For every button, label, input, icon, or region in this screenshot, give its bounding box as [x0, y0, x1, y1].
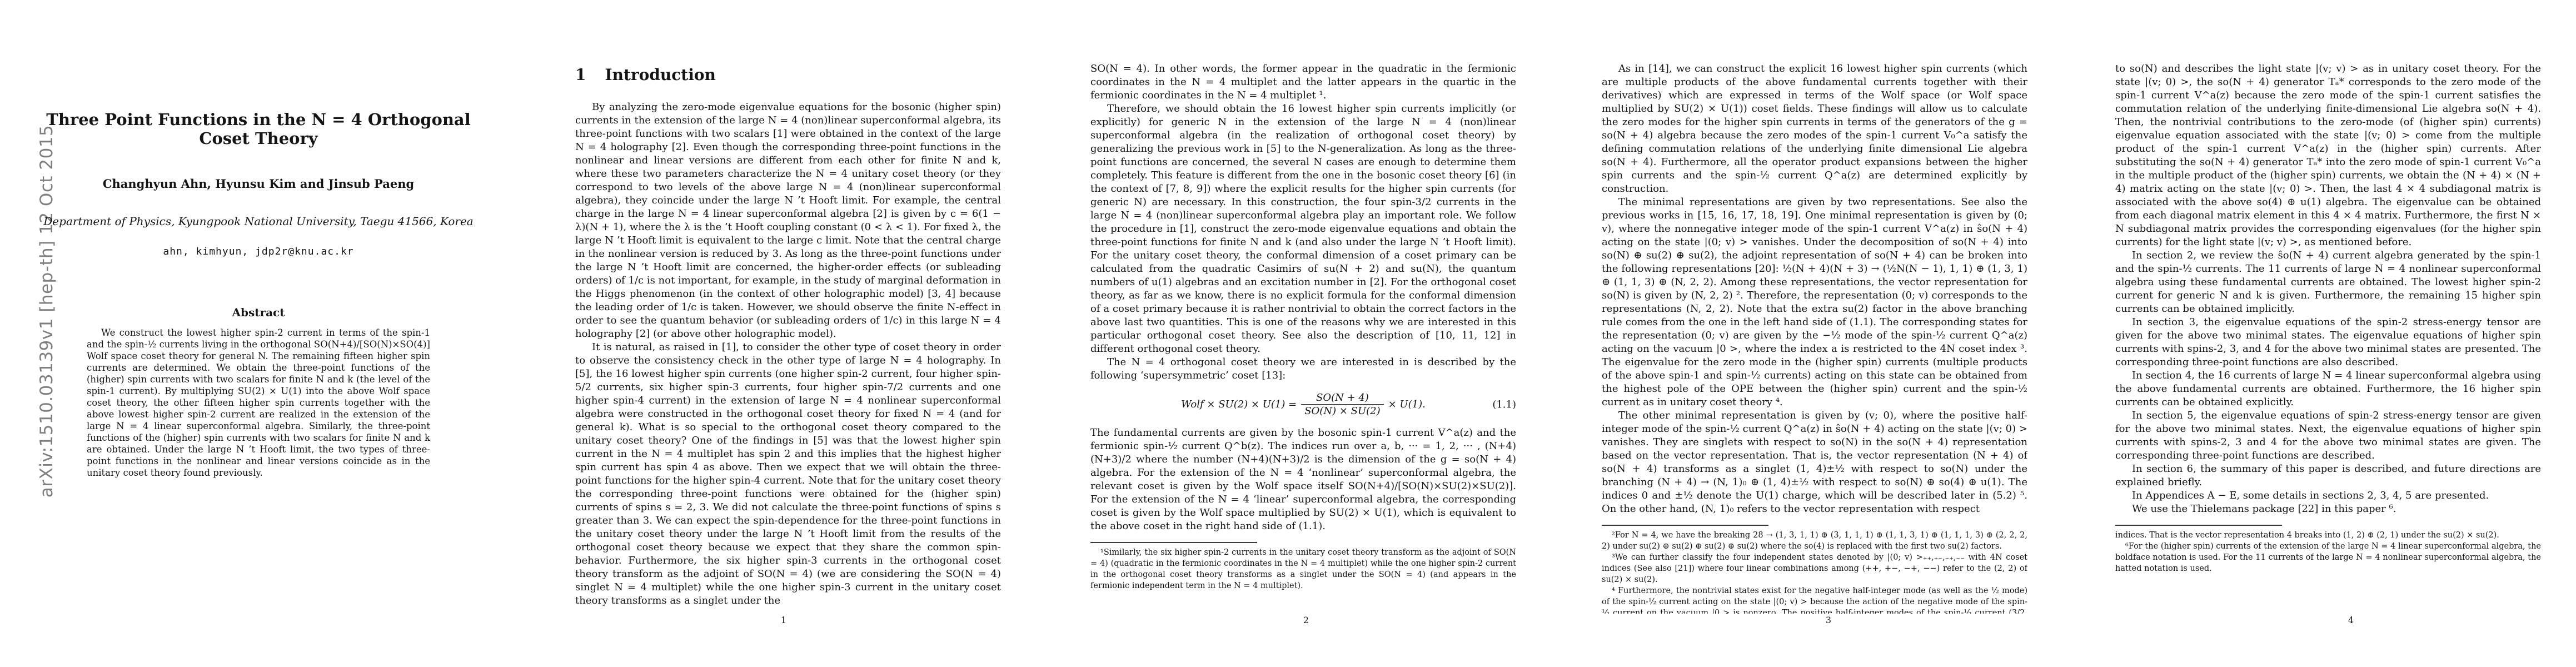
equation-rhs: × U(1).	[1388, 399, 1426, 410]
page-4-column: to so(N) and describes the light state |…	[2115, 62, 2541, 614]
paragraph: As in [14], we can construct the explici…	[1602, 62, 2027, 196]
paper-title: Three Point Functions in the N = 4 Ortho…	[33, 110, 484, 148]
footnotes-block: ¹Similarly, the six higher spin-2 curren…	[1090, 542, 1516, 591]
paragraph: By analyzing the zero-mode eigenvalue eq…	[575, 101, 1001, 341]
footnotes-block: ²For N = 4, we have the breaking 28 → (1…	[1602, 525, 2027, 614]
page-number-1: 1	[777, 615, 790, 625]
paragraph: to so(N) and describes the light state |…	[2115, 62, 2541, 249]
paragraph: SO(N = 4). In other words, the former ap…	[1090, 62, 1516, 102]
footnotes-block: indices. That is the vector representati…	[2115, 525, 2541, 574]
page-number-2: 2	[1299, 615, 1313, 625]
paragraph: In section 4, the 16 currents of large N…	[2115, 369, 2541, 409]
paragraph: In Appendices A − E, some details in sec…	[2115, 489, 2541, 502]
paper-page-spread: arXiv:1510.03139v1 [hep-th] 12 Oct 2015 …	[0, 0, 2576, 667]
equation-number: (1.1)	[1492, 399, 1516, 410]
paragraph: In section 6, the summary of this paper …	[2115, 462, 2541, 489]
section-label: Introduction	[605, 66, 715, 84]
affiliation-line: Department of Physics, Kyungpook Nationa…	[33, 215, 484, 228]
paragraph: In section 5, the eigenvalue equations o…	[2115, 409, 2541, 462]
paragraph: The minimal representations are given by…	[1602, 196, 2027, 409]
page-2-column: SO(N = 4). In other words, the former ap…	[1090, 62, 1516, 614]
footnote: indices. That is the vector representati…	[2115, 530, 2541, 541]
paragraph: It is natural, as raised in [1], to cons…	[575, 341, 1001, 608]
display-equation: Wolf × SU(2) × U(1) =SO(N + 4)SO(N) × SU…	[1090, 391, 1516, 417]
authors-line: Changhyun Ahn, Hyunsu Kim and Jinsub Pae…	[33, 177, 484, 191]
page-title: Three Point Functions in the N = 4 Ortho…	[33, 0, 484, 667]
abstract-text: We construct the lowest higher spin-2 cu…	[87, 327, 430, 479]
footnote: ¹Similarly, the six higher spin-2 curren…	[1090, 547, 1516, 591]
paragraph: The N = 4 orthogonal coset theory we are…	[1090, 356, 1516, 382]
page-number-3: 3	[1822, 615, 1835, 625]
abstract-heading: Abstract	[33, 306, 484, 319]
paragraph: In section 3, the eigenvalue equations o…	[2115, 316, 2541, 369]
equation-fraction: SO(N + 4)SO(N) × SU(2)	[1301, 391, 1383, 417]
paragraph: The other minimal representation is give…	[1602, 409, 2027, 516]
paragraph: We use the Thielemans package [22] in th…	[2115, 502, 2541, 516]
page-1-column: 1IntroductionBy analyzing the zero-mode …	[575, 62, 1001, 614]
fraction-denominator: SO(N) × SU(2)	[1301, 404, 1383, 417]
email-line: ahn, kimhyun, jdp2r@knu.ac.kr	[33, 246, 484, 257]
page-3-column: As in [14], we can construct the explici…	[1602, 62, 2027, 614]
fraction-numerator: SO(N + 4)	[1313, 391, 1372, 404]
paragraph: In section 2, we review the ŝo(N + 4) cu…	[2115, 249, 2541, 316]
section-heading: 1Introduction	[575, 66, 1001, 84]
page-number-4: 4	[2344, 615, 2358, 625]
paragraph: Therefore, we should obtain the 16 lowes…	[1090, 102, 1516, 356]
footnote: ⁶For the (higher spin) currents of the e…	[2115, 541, 2541, 574]
paragraph: The fundamental currents are given by th…	[1090, 426, 1516, 533]
section-number: 1	[575, 66, 586, 84]
footnote: ⁴ Furthermore, the nontrivial states exi…	[1602, 585, 2027, 614]
footnote: ³We can further classify the four indepe…	[1602, 552, 2027, 585]
equation-lhs: Wolf × SU(2) × U(1) =	[1181, 399, 1297, 410]
footnote: ²For N = 4, we have the breaking 28 → (1…	[1602, 530, 2027, 552]
